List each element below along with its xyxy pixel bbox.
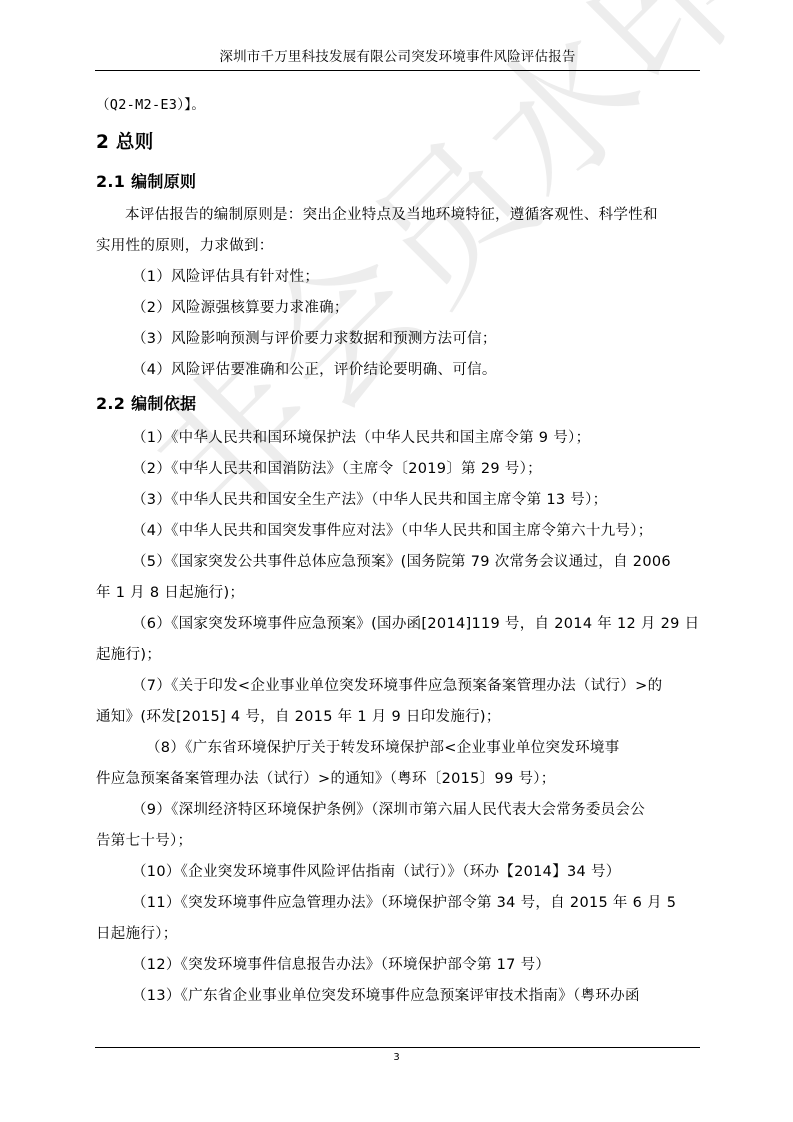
basis-item-9-line-2: 告第七十号）； <box>96 831 699 851</box>
basis-item-4: （4）《中华人民共和国突发事件应对法》（中华人民共和国主席令第六十九号）； <box>132 521 735 541</box>
header-title: 深圳市千万里科技发展有限公司突发环境事件风险评估报告 <box>96 48 699 66</box>
basis-item-10: （10）《企业突发环境事件风险评估指南（试行）》（环办【2014】34 号） <box>132 862 735 882</box>
principle-intro-line-1: 本评估报告的编制原则是：突出企业特点及当地环境特征，遵循客观性、科学性和 <box>125 205 728 225</box>
basis-item-9-line-1: （9）《深圳经济特区环境保护条例》（深圳市第六届人民代表大会常务委员会公 <box>132 800 735 820</box>
principle-item: （1）风险评估具有针对性； <box>132 267 735 287</box>
section-2-heading: 2 总则 <box>96 131 699 155</box>
basis-item-5-line-2: 年 1 月 8 日起施行)； <box>96 583 699 603</box>
basis-item-6-line-2: 起施行)； <box>96 645 699 665</box>
basis-item-8-line-1: （8）《广东省环境保护厅关于转发环境保护部<企业事业单位突发环境事 <box>146 738 749 758</box>
principle-item: （4）风险评估要准确和公正，评价结论要明确、可信。 <box>132 360 735 380</box>
basis-item-11-line-1: （11）《突发环境事件应急管理办法》（环境保护部令第 34 号，自 2015 年… <box>132 893 735 913</box>
section-2-1-heading: 2.1 编制原则 <box>96 171 699 193</box>
carryover-text: （Q2-M2-E3）】。 <box>96 95 699 115</box>
basis-item-13-line-1: （13）《广东省企业事业单位突发环境事件应急预案评审技术指南》（粤环办函 <box>132 986 735 1006</box>
basis-item-12: （12）《突发环境事件信息报告办法》（环境保护部令第 17 号） <box>132 955 735 975</box>
basis-item-2: （2）《中华人民共和国消防法》（主席令〔2019〕第 29 号）； <box>132 459 735 479</box>
basis-item-8-line-2: 件应急预案备案管理办法（试行）>的通知》（粤环〔2015〕99 号）； <box>96 769 699 789</box>
page-number: 3 <box>0 1052 793 1064</box>
section-2-2-heading: 2.2 编制依据 <box>96 393 699 415</box>
basis-item-7-line-1: （7）《关于印发<企业事业单位突发环境事件应急预案备案管理办法（试行）>的 <box>132 676 735 696</box>
header-divider <box>95 70 700 71</box>
basis-item-3: （3）《中华人民共和国安全生产法》（中华人民共和国主席令第 13 号）； <box>132 490 735 510</box>
basis-item-5-line-1: （5）《国家突发公共事件总体应急预案》(国务院第 79 次常务会议通过，自 20… <box>132 552 735 572</box>
basis-item-6-line-1: （6）《国家突发环境事件应急预案》(国办函[2014]119 号，自 2014 … <box>132 614 735 634</box>
basis-item-7-line-2: 通知》(环发[2015] 4 号，自 2015 年 1 月 9 日印发施行)； <box>96 707 699 727</box>
principle-intro-line-2: 实用性的原则，力求做到： <box>96 236 699 256</box>
principle-item: （3）风险影响预测与评价要力求数据和预测方法可信； <box>132 329 735 349</box>
basis-item-1: （1）《中华人民共和国环境保护法（中华人民共和国主席令第 9 号）； <box>132 428 735 448</box>
basis-item-11-line-2: 日起施行）； <box>96 924 699 944</box>
footer-divider <box>95 1047 700 1048</box>
principle-item: （2）风险源强核算要力求准确； <box>132 298 735 318</box>
